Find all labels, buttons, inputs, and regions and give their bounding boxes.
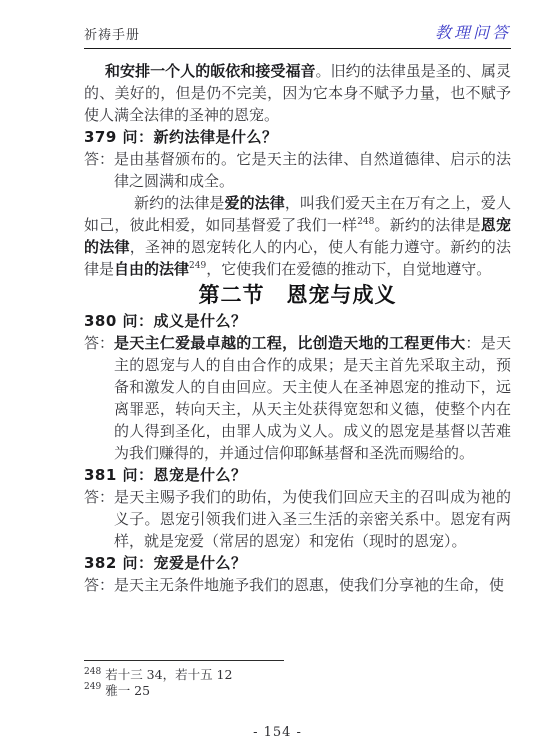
page-number: - 154 - <box>0 725 555 740</box>
continuation-paragraph: 和安排一个人的皈依和接受福音。旧约的法律虽是圣的、属灵的、美好的，但是仍不完美，… <box>84 60 511 126</box>
answer-381: 答： 是天主赐予我们的助佑，为使我们回应天主的召叫成为祂的义子。恩宠引领我们进入… <box>84 486 511 552</box>
answer-380-label: 答： <box>84 332 114 354</box>
footnote-249-marker: 249 <box>84 682 101 692</box>
footnote-248-marker: 248 <box>84 667 101 677</box>
answer-382-text: 是天主无条件地施予我们的恩惠，使我们分享祂的生命，使 <box>114 576 504 594</box>
answer-381-label: 答： <box>84 486 114 508</box>
page-body: 和安排一个人的皈依和接受福音。旧约的法律虽是圣的、属灵的、美好的，但是仍不完美，… <box>84 60 511 596</box>
footnotes-section: 248若十三 34，若十五 12 249雅一 25 <box>84 660 511 699</box>
page-header: 祈祷手册 教理问答 <box>84 20 511 49</box>
answer-379-paragraph-2: 新约的法律是爱的法律，叫我们爱天主在万有之上，爱人如己，彼此相爱，如同基督爱了我… <box>84 192 511 280</box>
answer-381-text: 是天主赐予我们的助佑，为使我们回应天主的召叫成为祂的义子。恩宠引领我们进入圣三生… <box>114 488 511 550</box>
answer-379: 答： 是由基督颁布的。它是天主的法律、自然道德律、启示的法律之圆满和成全。 <box>84 148 511 192</box>
question-379: 379 问：新约法律是什么？ <box>84 126 511 148</box>
question-382: 382 问：宠爱是什么？ <box>84 552 511 574</box>
document-page: 祈祷手册 教理问答 和安排一个人的皈依和接受福音。旧约的法律虽是圣的、属灵的、美… <box>0 0 555 751</box>
header-title-left: 祈祷手册 <box>84 24 140 43</box>
question-381: 381 问：恩宠是什么？ <box>84 464 511 486</box>
footnote-249-text: 雅一 25 <box>105 683 150 698</box>
answer-380: 答： 是天主仁爱最卓越的工程，比创造天地的工程更伟大：是天主的恩宠与人的自由合作… <box>84 332 511 464</box>
question-380: 380 问：成义是什么？ <box>84 310 511 332</box>
footnote-divider <box>84 660 284 661</box>
answer-379-label: 答： <box>84 148 114 170</box>
answer-380-text: 是天主仁爱最卓越的工程，比创造天地的工程更伟大：是天主的恩宠与人的自由合作的成果… <box>114 334 511 462</box>
answer-379-text: 是由基督颁布的。它是天主的法律、自然道德律、启示的法律之圆满和成全。 <box>114 150 511 190</box>
section-heading: 第二节 恩宠与成义 <box>84 280 511 310</box>
footnote-248-text: 若十三 34，若十五 12 <box>105 667 232 682</box>
header-title-right: 教理问答 <box>435 20 511 43</box>
answer-382-label: 答： <box>84 574 114 596</box>
footnote-249: 249雅一 25 <box>84 684 511 699</box>
footnote-248: 248若十三 34，若十五 12 <box>84 668 511 683</box>
answer-382: 答： 是天主无条件地施予我们的恩惠，使我们分享祂的生命，使 <box>84 574 511 596</box>
